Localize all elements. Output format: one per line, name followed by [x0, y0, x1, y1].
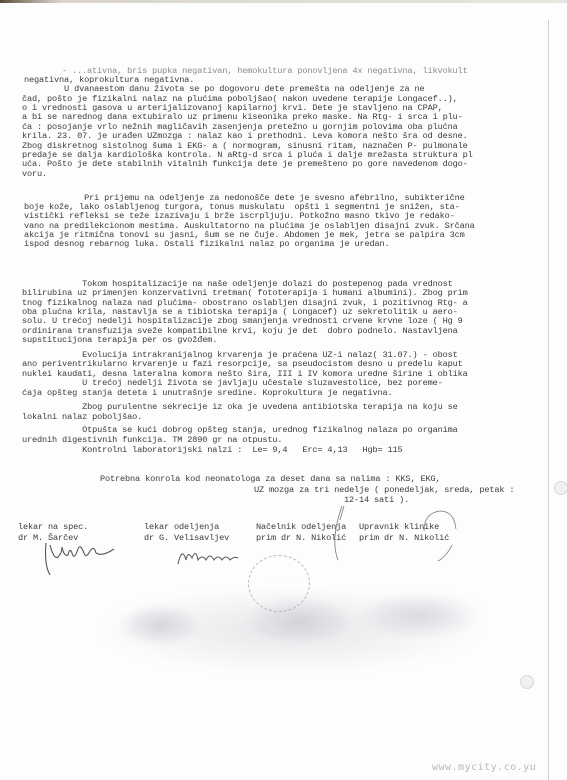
scan-top-edge	[0, 0, 567, 3]
document-text-line: Zbog purulentne sekrecije iz oka je uved…	[22, 402, 458, 412]
document-text-line: solu. U trećoj nedelji hospitalizacije z…	[22, 316, 463, 326]
handwritten-signature-icon	[172, 540, 252, 570]
document-text-line: supstitucijona terapija per os gvožđem.	[22, 335, 217, 345]
document-text-line: Kontrolni laboratorijski nalzi : Le= 9,4…	[22, 445, 403, 455]
document-text-line: ćaja opšteg stanja deteta i unutrašnje s…	[22, 388, 393, 398]
document-text-line: U trećoj nedelji života se javljaju učes…	[22, 378, 443, 388]
document-text-line: ano periventrikularno krvarenje u fazi r…	[22, 359, 463, 369]
signature-title: lekar na spec.	[18, 522, 88, 532]
scan-right-edge	[548, 20, 549, 780]
document-text-line: ispod desnog rebarnog luka. Ostali fizik…	[24, 239, 390, 249]
document-text-line: a bi se narednog dana extubiralo uz prim…	[22, 112, 463, 122]
document-text-line: bilirubina uz primenjen konzervativni tr…	[22, 288, 468, 298]
handwritten-signature-icon	[40, 535, 120, 580]
followup-line: Potrebna konrola kod neonatologa za dese…	[100, 474, 440, 484]
document-text-line: krila. 23. 07. je urađen UZmozga : nalaz…	[22, 131, 468, 141]
document-text-line: lokalni nalaz poboljšao.	[22, 412, 142, 422]
watermark: www.mycity.co.yu	[432, 762, 536, 773]
handwritten-mark-icon	[310, 500, 380, 570]
document-text-line: Otpušta se kući dobrog opšteg stanja, ur…	[22, 425, 458, 435]
handwritten-mark-icon	[418, 505, 468, 565]
document-text-line: U dvanaestom danu života se po dogovoru …	[24, 84, 425, 94]
document-text-line: voru.	[22, 169, 47, 179]
document-text-line: urednih digestivnih funkcija. TM 2890 gr…	[22, 435, 282, 445]
scanned-document-page: - ...ativna, bris pupka negativan, hemok…	[0, 0, 567, 780]
document-text-line: vistički refleksi se teže izazivaju i br…	[24, 211, 455, 221]
hole-punch	[554, 481, 567, 495]
signature-title: lekar odeljenja	[144, 522, 219, 532]
document-text-line: uća. Pošto je dete stabilnih vitalnih fu…	[22, 159, 468, 169]
scan-smudge	[40, 575, 540, 705]
hole-punch	[520, 675, 534, 689]
followup-line: UZ mozga za tri nedelje ( ponedeljak, sr…	[254, 485, 514, 495]
